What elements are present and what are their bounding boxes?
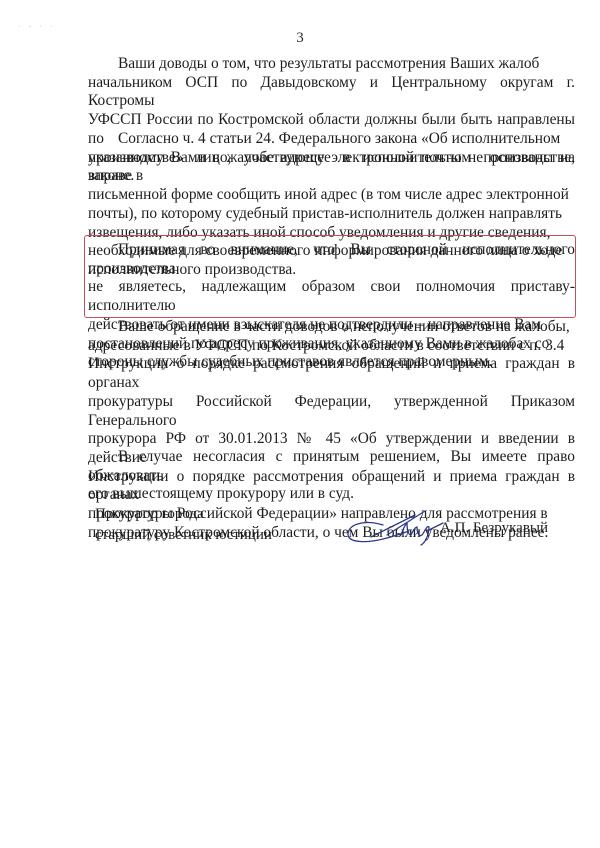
- text-line: Ваши доводы о том, что результаты рассмо…: [88, 55, 575, 74]
- page-number: 3: [0, 30, 600, 47]
- text-line: Согласно ч. 4 статьи 24. Федерального за…: [88, 130, 575, 149]
- text-line: адресованные в УФССП по Костромской обла…: [88, 337, 575, 356]
- text-line: почты), по которому судебный пристав-исп…: [88, 205, 575, 224]
- text-line: Инструкции о порядке рассмотрения обраще…: [88, 355, 575, 392]
- text-line: начальником ОСП по Давыдовскому и Центра…: [88, 74, 575, 111]
- text-line: письменной форме сообщить иной адрес (в …: [88, 186, 575, 205]
- signer-name: А.П. Безрукавый: [440, 520, 548, 537]
- paragraph-appeal-rights: В случае несогласия с принятым решением,…: [88, 448, 575, 504]
- signer-position: Прокурор города: [95, 506, 204, 523]
- text-line: его вышестоящему прокурору или в суд.: [88, 485, 575, 504]
- text-line: не являетесь, надлежащим образом свои по…: [88, 278, 575, 315]
- text-line: прокуратуры Российской Федерации, утверж…: [88, 393, 575, 430]
- text-line: В случае несогласия с принятым решением,…: [88, 448, 575, 485]
- text-line: Ваше обращение в части доводов о неполуч…: [88, 318, 575, 337]
- text-line: Принимая во внимание, что Вы стороной ис…: [88, 241, 575, 278]
- signature-icon: [343, 505, 453, 550]
- text-line: производстве» лицо, участвующее в исполн…: [88, 149, 575, 186]
- signer-rank: старший советник юстиции: [95, 527, 272, 544]
